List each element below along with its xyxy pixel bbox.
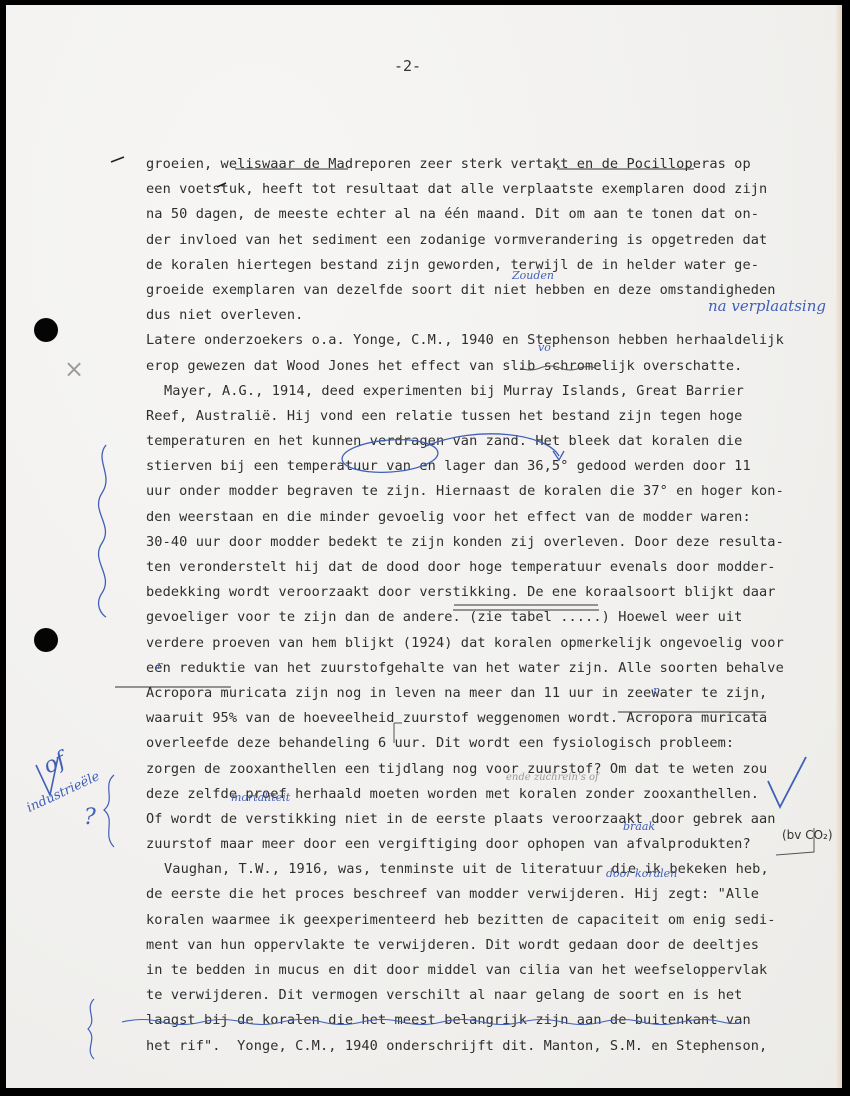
curly-bracket-bottom [88, 999, 94, 1059]
checkmark-right-icon [768, 757, 806, 807]
circle-en-lager [341, 437, 439, 476]
document-page: -2- groeien, weliswaar de Madreporen zee… [6, 5, 842, 1088]
wavy-underline-schromelijk [520, 366, 595, 370]
insertion-mark [394, 723, 402, 743]
checkmark-left-icon [36, 757, 58, 795]
margin-bracket-wavy [99, 445, 106, 617]
arrow-insert [426, 434, 564, 460]
ink-strokes [6, 5, 842, 1088]
curly-bracket-left [104, 775, 114, 847]
wavy-underline-laagst [122, 1020, 742, 1025]
box-corner-bv-co2 [776, 828, 814, 855]
